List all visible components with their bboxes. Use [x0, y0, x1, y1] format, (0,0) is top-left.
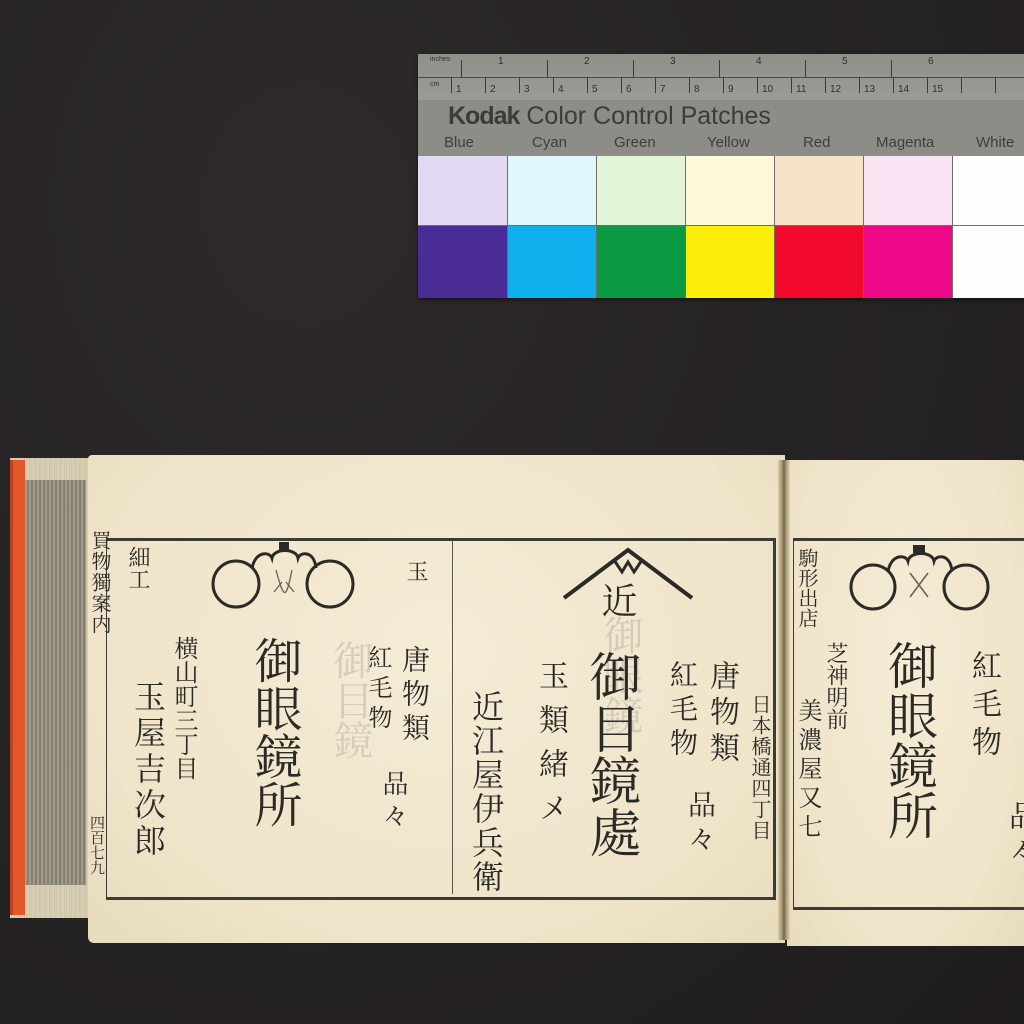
- patch-label-blue: Blue: [444, 134, 474, 151]
- ruler-cm-label: 3: [524, 84, 530, 95]
- patch-green-light: [597, 156, 686, 226]
- margin-page-number: 四百七九: [87, 815, 108, 875]
- shop1-category: 細工: [126, 546, 148, 590]
- ruler-cm-label: 11: [796, 84, 806, 95]
- patch-magenta-light: [864, 156, 953, 226]
- patch-green-dark: [597, 226, 686, 298]
- shop2-goods-items: 品々: [686, 790, 714, 858]
- card-title-text: Color Control Patches: [526, 102, 771, 130]
- ruler-cm-label: 14: [898, 84, 909, 95]
- patch-label-green: Green: [614, 134, 656, 151]
- patch-blue-light: [418, 156, 508, 226]
- ruler-cm-unit: cm: [430, 81, 439, 88]
- patch-red-light: [775, 156, 864, 226]
- kodak-color-card: inches cm 1 2 3 4 5 6 1 2 3 4: [418, 54, 1024, 298]
- ruler-inch-label: 5: [842, 56, 848, 67]
- ruler-inch-label: 2: [584, 56, 590, 67]
- shop3-main-sign: 御眼鏡所: [884, 640, 934, 840]
- shop1-category-2: 玉: [404, 560, 426, 582]
- shop1-shop-name: 玉屋吉次郎: [132, 680, 164, 860]
- book-gutter: [778, 460, 790, 940]
- ruler-cm-label: 6: [626, 84, 632, 95]
- ruler-cm-label: 15: [932, 84, 943, 95]
- shop3-goods-partial: 品々: [1005, 800, 1024, 872]
- shop3-shop-name: 美濃屋又七: [796, 698, 820, 843]
- ruler-cm-label: 8: [694, 84, 700, 95]
- patch-red-dark: [775, 226, 864, 298]
- patch-magenta-dark: [864, 226, 953, 298]
- shop1-goods-items: 品々: [380, 770, 406, 834]
- shop3-branch-note: 駒形出店: [797, 548, 817, 628]
- shop2-shop-name: 近江屋伊兵衛: [470, 690, 502, 894]
- patch-cyan-dark: [508, 226, 597, 298]
- ruler-cm-label: 7: [660, 84, 666, 95]
- ruler-cm-label: 1: [456, 84, 462, 95]
- card-title: Kodak Color Control Patches: [448, 102, 771, 131]
- kodak-logo: Kodak: [448, 102, 519, 130]
- shop2-goods-1: 唐物類: [706, 660, 736, 768]
- ruler-cm-label: 10: [762, 84, 773, 95]
- red-cover-edge: [10, 460, 25, 915]
- shop1-main-sign: 御眼鏡所: [250, 636, 298, 828]
- patch-label-white: White: [976, 134, 1014, 151]
- patch-label-cyan: Cyan: [532, 134, 567, 151]
- shop2-address: 日本橋通四丁目: [750, 694, 770, 841]
- ruler-inch-unit: inches: [430, 56, 450, 63]
- ruler-inch-label: 3: [670, 56, 676, 67]
- shop2-goods-3: 玉類緒メ: [535, 660, 565, 836]
- color-patches: [418, 156, 1024, 298]
- column-divider: [452, 541, 453, 894]
- shop2-goods-2: 紅毛物: [668, 660, 696, 762]
- patch-white-light: [953, 156, 1024, 226]
- spectacles-crest-icon: [212, 540, 358, 612]
- shop1-goods-2: 紅毛物: [366, 645, 390, 735]
- shop3-address: 芝神明前: [824, 642, 846, 730]
- patch-blue-dark: [418, 226, 508, 298]
- ruler-cm-label: 12: [830, 84, 841, 95]
- spectacles-crest-icon: [850, 545, 992, 615]
- ruler-inch-label: 6: [928, 56, 934, 67]
- ruler-cm-label: 2: [490, 84, 496, 95]
- patch-label-magenta: Magenta: [876, 134, 934, 151]
- patch-label-yellow: Yellow: [707, 134, 750, 151]
- shop3-goods-2: 紅毛物: [968, 650, 998, 764]
- patch-white-dark: [953, 226, 1024, 298]
- ruler-cm-label: 13: [864, 84, 875, 95]
- ruler-cm-label: 9: [728, 84, 734, 95]
- patch-yellow-dark: [686, 226, 775, 298]
- patch-cyan-light: [508, 156, 597, 226]
- ruler-cm-label: 5: [592, 84, 598, 95]
- ruler-inch-label: 4: [756, 56, 762, 67]
- shop1-address: 横山町三丁目: [172, 636, 196, 780]
- ruler: inches cm 1 2 3 4 5 6 1 2 3 4: [418, 54, 1024, 100]
- patch-yellow-light: [686, 156, 775, 226]
- patch-label-red: Red: [803, 134, 831, 151]
- shop1-goods-1: 唐物類: [400, 645, 428, 747]
- omiya-crest-char: 近: [598, 582, 634, 618]
- fore-edge-ink: [16, 480, 86, 885]
- ruler-cm-label: 4: [558, 84, 564, 95]
- margin-title: 買物獨案内: [86, 530, 115, 635]
- patch-labels: Blue Cyan Green Yellow Red Magenta White: [418, 134, 1024, 156]
- shop2-main-sign: 御目鏡處: [584, 650, 636, 858]
- ruler-inch-label: 1: [498, 56, 504, 67]
